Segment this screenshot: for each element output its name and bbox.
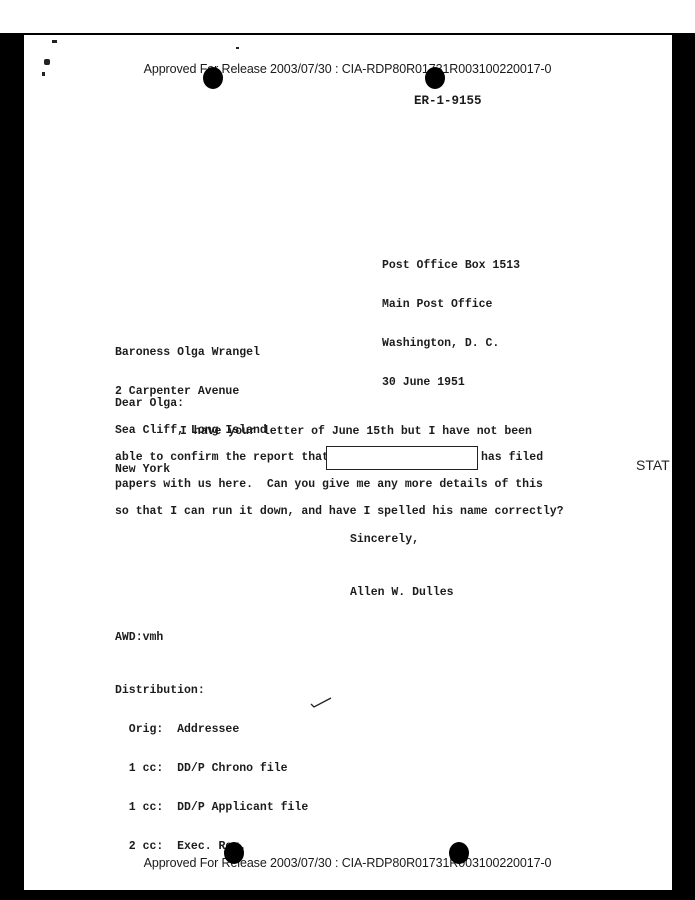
punch-hole xyxy=(224,842,244,864)
punch-hole xyxy=(203,67,223,89)
punch-hole xyxy=(449,842,469,864)
scan-speck xyxy=(236,47,239,49)
signer-name: Allen W. Dulles xyxy=(350,586,454,599)
body-line-1: I have your letter of June 15th but I ha… xyxy=(180,425,532,438)
recipient-line: Baroness Olga Wrangel xyxy=(115,346,267,359)
return-address-line: Washington, D. C. xyxy=(382,337,520,350)
return-address: Post Office Box 1513 Main Post Office Wa… xyxy=(382,233,520,402)
body-line-3: papers with us here. Can you give me any… xyxy=(115,478,543,491)
reference-number: ER-1-9155 xyxy=(414,95,482,108)
punch-hole xyxy=(425,67,445,89)
release-stamp-bottom: Approved For Release 2003/07/30 : CIA-RD… xyxy=(0,856,695,870)
distribution-entry: 1 cc: DD/P Chrono file xyxy=(115,762,308,775)
stat-margin-mark: STAT xyxy=(636,457,672,473)
return-address-line: Post Office Box 1513 xyxy=(382,259,520,272)
distribution-entry: 2 cc: Exec. Reg. xyxy=(115,840,308,853)
distribution-entry: Orig: Addressee xyxy=(115,723,308,736)
handwritten-check-icon xyxy=(310,697,332,709)
distribution-list: Distribution: Orig: Addressee 1 cc: DD/P… xyxy=(115,658,308,866)
scan-speck xyxy=(52,40,57,43)
typist-initials: AWD:vmh xyxy=(115,631,163,644)
redacted-name-box xyxy=(326,446,478,470)
salutation: Dear Olga: xyxy=(115,397,184,410)
body-line-4: so that I can run it down, and have I sp… xyxy=(115,505,564,518)
return-address-line: Main Post Office xyxy=(382,298,520,311)
closing: Sincerely, xyxy=(350,533,419,546)
recipient-line: New York xyxy=(115,463,267,476)
body-line-2: able to confirm the report that xyxy=(115,451,329,464)
distribution-heading: Distribution: xyxy=(115,684,308,697)
distribution-entry: 1 cc: DD/P Applicant file xyxy=(115,801,308,814)
body-line-2-end: has filed xyxy=(481,451,543,464)
release-stamp-top: Approved For Release 2003/07/30 : CIA-RD… xyxy=(0,62,695,76)
letter-date: 30 June 1951 xyxy=(382,376,520,389)
